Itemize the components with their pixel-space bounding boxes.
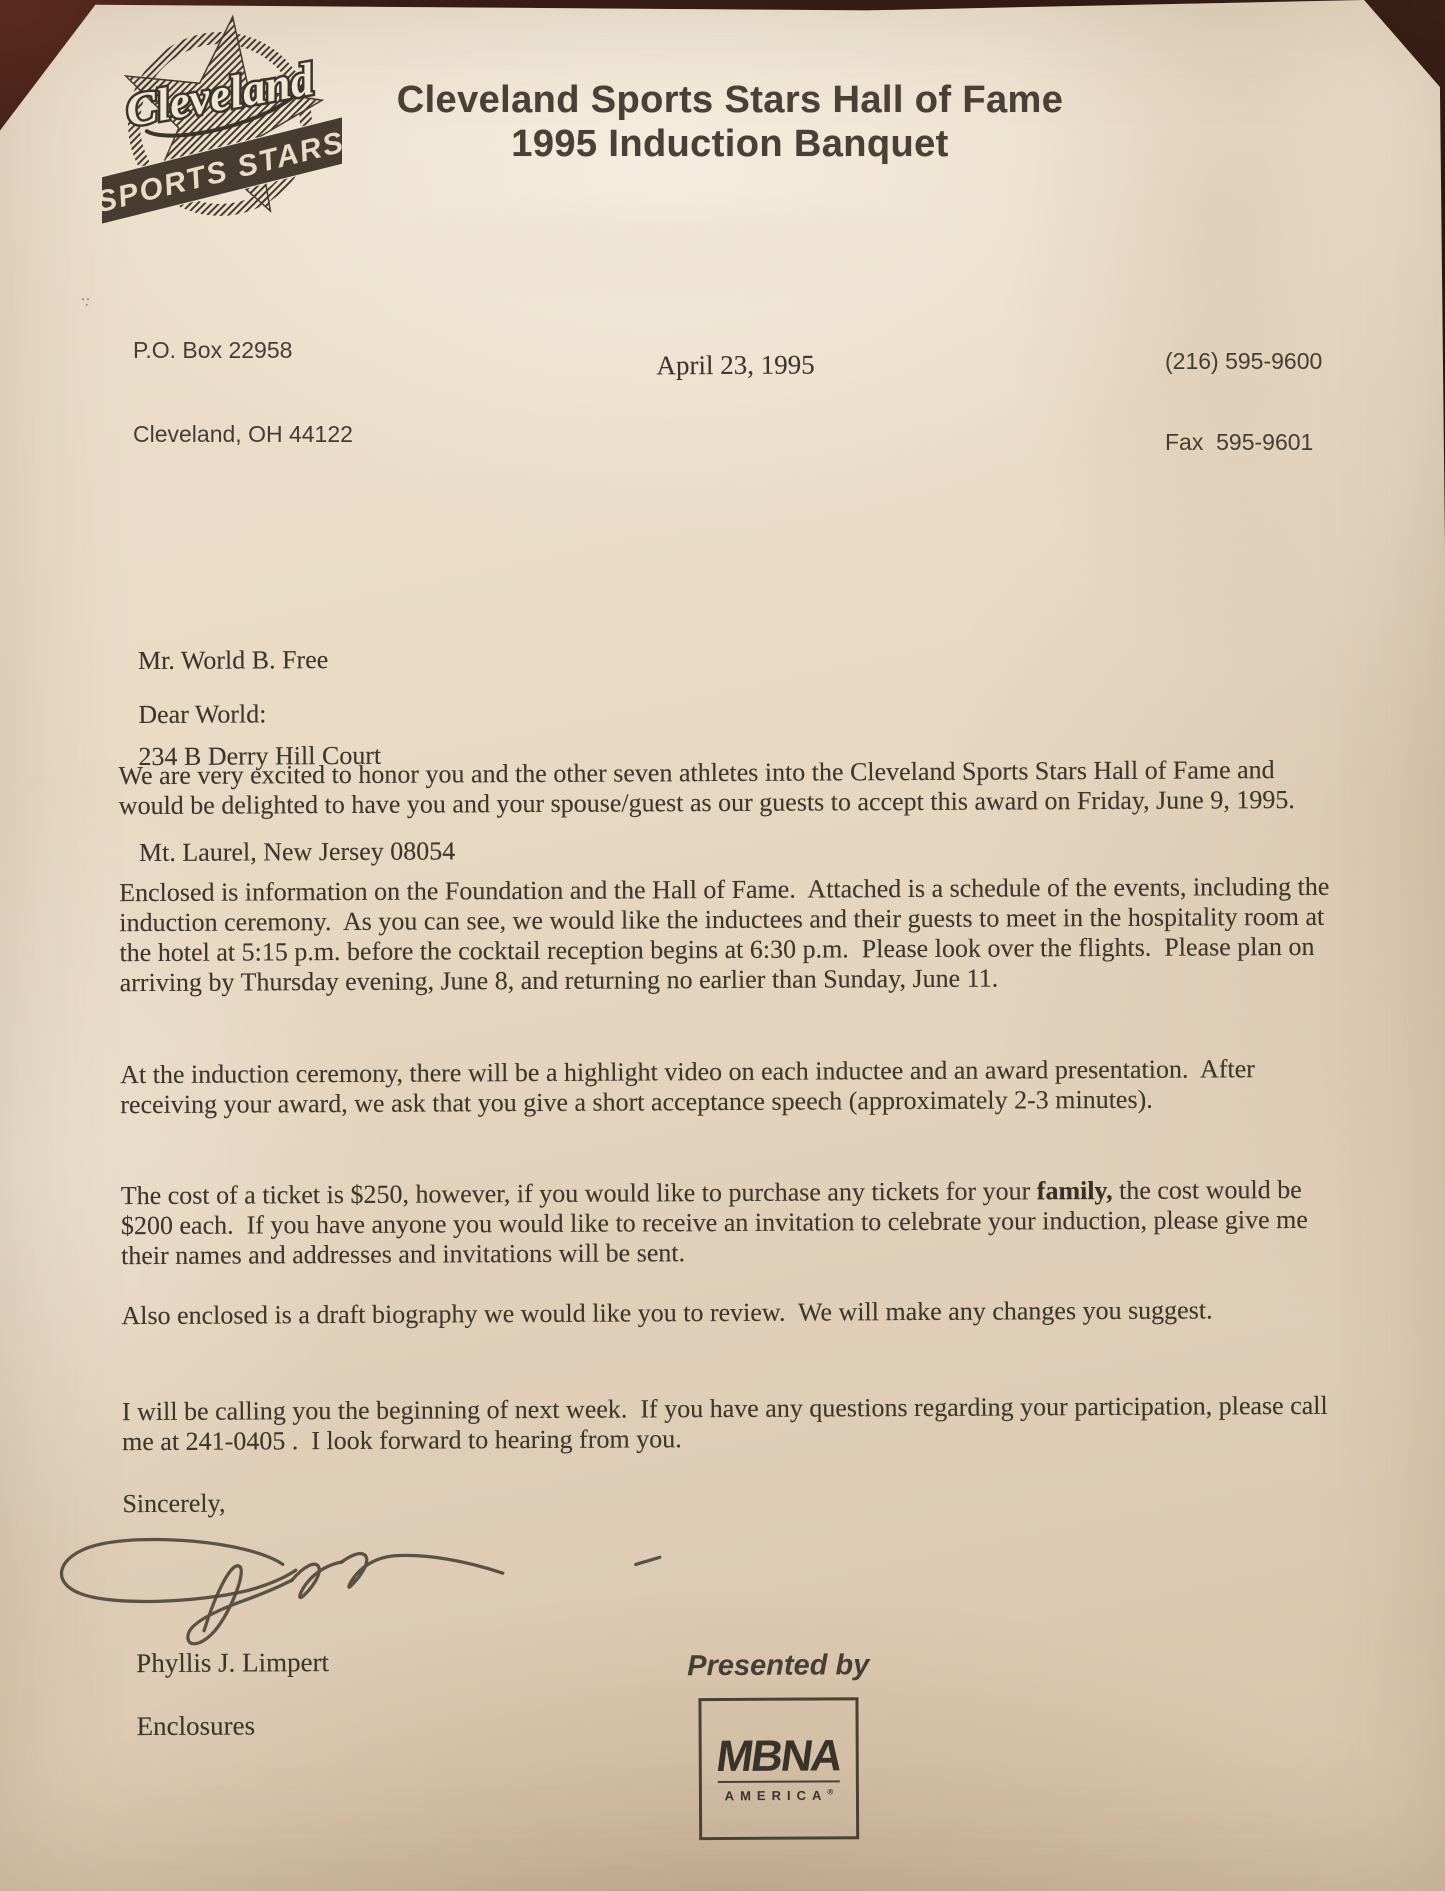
letter-paragraph-2: Enclosed is information on the Foundatio… (119, 872, 1335, 998)
signature-handwriting-icon (48, 1532, 669, 1653)
registered-mark: ® (827, 1788, 833, 1797)
presented-by-label: Presented by (683, 1649, 873, 1683)
letter-paper: Cleveland SPORTS STARS Cleveland Sports … (0, 0, 1445, 1891)
paragraph-4-pre-text: The cost of a ticket is $250, however, i… (121, 1176, 1037, 1210)
closing-sincerely: Sincerely, (122, 1489, 225, 1520)
salutation: Dear World: (138, 699, 266, 730)
bold-family-text: family, (1037, 1176, 1113, 1205)
letter-paragraph-6: I will be calling you the beginning of n… (122, 1391, 1337, 1457)
letter-paragraph-1: We are very excited to honor you and the… (119, 755, 1334, 821)
mbna-america-text: AMERICA (725, 1788, 828, 1804)
recipient-city: Mt. Laurel, New Jersey 08054 (139, 835, 455, 869)
mbna-america-label: AMERICA® (725, 1788, 834, 1804)
photo-background: Cleveland SPORTS STARS Cleveland Sports … (0, 0, 1445, 1891)
date-line: April 23, 1995 (656, 350, 814, 382)
recipient-name: Mr. World B. Free (138, 643, 454, 677)
letter-paragraph-4: The cost of a ticket is $250, however, i… (121, 1175, 1336, 1271)
mbna-wordmark: MBNA (714, 1734, 844, 1779)
mbna-logo-box: MBNA AMERICA® (698, 1697, 859, 1840)
letter-body: April 23, 1995 Mr. World B. Free 234 B D… (0, 0, 1445, 1891)
enclosures-note: Enclosures (137, 1710, 256, 1742)
letter-paragraph-3: At the induction ceremony, there will be… (120, 1054, 1335, 1120)
signer-name: Phyllis J. Limpert (136, 1647, 329, 1679)
letter-paragraph-5: Also enclosed is a draft biography we wo… (121, 1295, 1336, 1331)
